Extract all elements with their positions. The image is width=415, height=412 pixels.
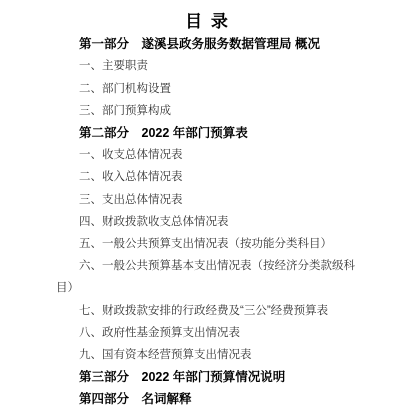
toc-entry: 二、部门机构设置 [56, 78, 415, 100]
toc-entry: 一、收支总体情况表 [56, 144, 415, 166]
toc-entry: 一、主要职责 [56, 55, 415, 77]
toc-section-heading-4: 第四部分 名词解释 [56, 388, 415, 410]
toc-entry: 九、国有资本经营预算支出情况表 [56, 344, 415, 366]
toc-section-heading-2: 第二部分 2022 年部门预算表 [56, 122, 415, 144]
toc-entry: 五、一般公共预算支出情况表（按功能分类科目） [56, 233, 415, 255]
document-page: 目 录 第一部分 遂溪县政务服务数据管理局 概况 一、主要职责 二、部门机构设置… [0, 0, 415, 412]
toc-entry-continuation: 目） [56, 277, 415, 299]
toc-entry: 三、部门预算构成 [56, 100, 415, 122]
toc-entry: 二、收入总体情况表 [56, 166, 415, 188]
toc-entry: 六、一般公共预算基本支出情况表（按经济分类款级科 [56, 255, 415, 277]
toc-entry: 七、财政拨款安排的行政经费及“三公”经费预算表 [56, 300, 415, 322]
toc-section-heading-3: 第三部分 2022 年部门预算情况说明 [56, 366, 415, 388]
toc-entry: 三、支出总体情况表 [56, 189, 415, 211]
toc-section-heading-1: 第一部分 遂溪县政务服务数据管理局 概况 [56, 33, 415, 55]
toc-entry: 八、政府性基金预算支出情况表 [56, 322, 415, 344]
toc-entry: 四、财政拨款收支总体情况表 [56, 211, 415, 233]
toc-title: 目 录 [0, 11, 415, 33]
